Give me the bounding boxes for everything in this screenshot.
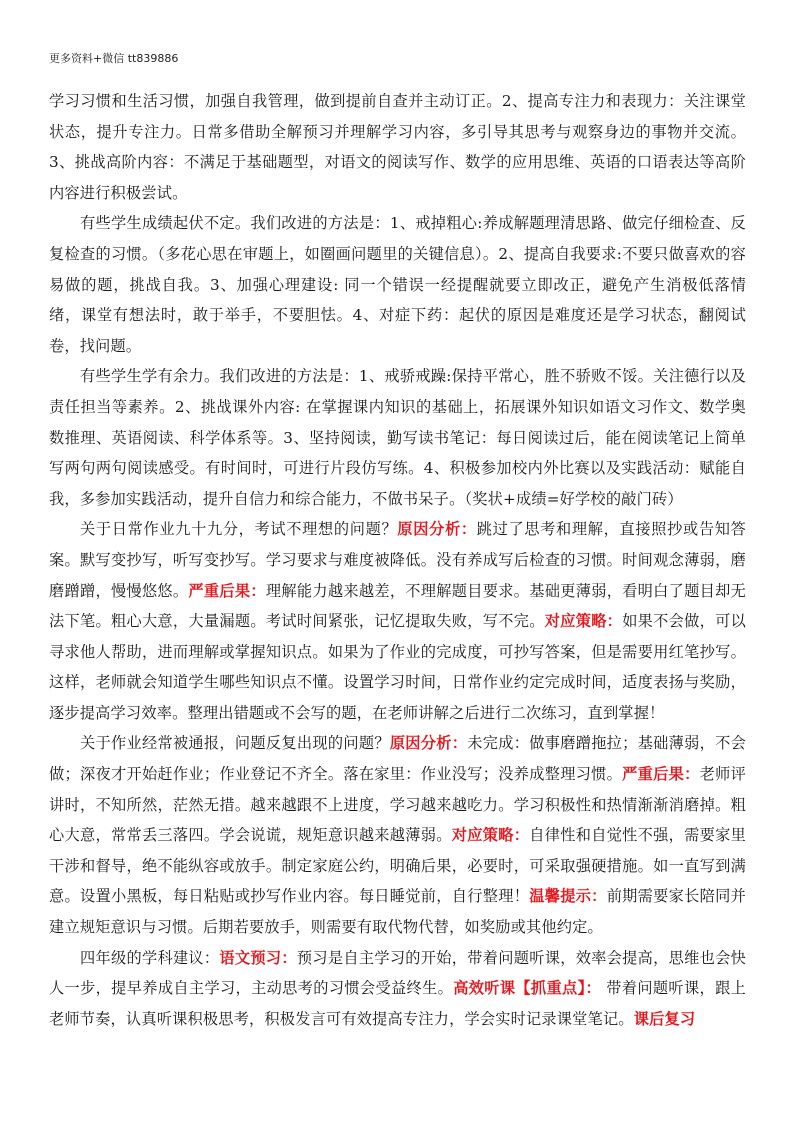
document-body: 学习习惯和生活习惯，加强自我管理，做到提前自查并主动订正。2、提高专注力和表现力… (49, 86, 746, 1034)
paragraph-grade4-subject-advice: 四年级的学科建议：语文预习：预习是自主学习的开始，带着问题听课，效率会提高，思维… (49, 943, 746, 1035)
body-text: 有些学生成绩起伏不定。我们改进的方法是：1、戒掉粗心:养成解题理清思路、做完仔细… (49, 214, 746, 354)
highlight-label: 原因分析： (390, 734, 467, 752)
paragraph-advanced-students: 有些学生学有余力。我们改进的方法是：1、戒骄戒躁:保持平常心，胜不骄败不馁。关注… (49, 361, 746, 514)
body-text: 四年级的学科建议： (80, 949, 219, 967)
paragraph-unstable-grades: 有些学生成绩起伏不定。我们改进的方法是：1、戒掉粗心:养成解题理清思路、做完仔细… (49, 208, 746, 361)
body-text: 关于日常作业九十九分，考试不理想的问题？ (80, 520, 397, 538)
paragraph-study-habits: 学习习惯和生活习惯，加强自我管理，做到提前自查并主动订正。2、提高专注力和表现力… (49, 86, 746, 208)
highlight-label: 对应策略： (545, 612, 622, 630)
paragraph-homework-reported: 关于作业经常被通报，问题反复出现的问题？原因分析：未完成：做事磨蹭拖拉；基础薄弱… (49, 728, 746, 942)
highlight-label: 严重后果： (622, 765, 699, 783)
highlight-label: 原因分析： (397, 520, 476, 538)
highlight-label: 高效听课【抓重点】： (453, 979, 601, 997)
body-text: 学习习惯和生活习惯，加强自我管理，做到提前自查并主动订正。2、提高专注力和表现力… (49, 92, 746, 202)
highlight-label: 课后复习 (634, 1010, 696, 1028)
highlight-label: 严重后果： (188, 582, 265, 600)
highlight-label: 温馨提示： (529, 887, 606, 905)
highlight-label: 语文预习： (219, 949, 296, 967)
page-header-note: 更多资料+微信 tt839886 (49, 50, 178, 66)
body-text: 有些学生学有余力。我们改进的方法是：1、戒骄戒躁:保持平常心，胜不骄败不馁。关注… (49, 367, 746, 507)
body-text: 关于作业经常被通报，问题反复出现的问题？ (80, 734, 390, 752)
paragraph-homework-vs-exam: 关于日常作业九十九分，考试不理想的问题？原因分析：跳过了思考和理解，直接照抄或告… (49, 514, 746, 728)
highlight-label: 对应策略： (452, 826, 529, 844)
